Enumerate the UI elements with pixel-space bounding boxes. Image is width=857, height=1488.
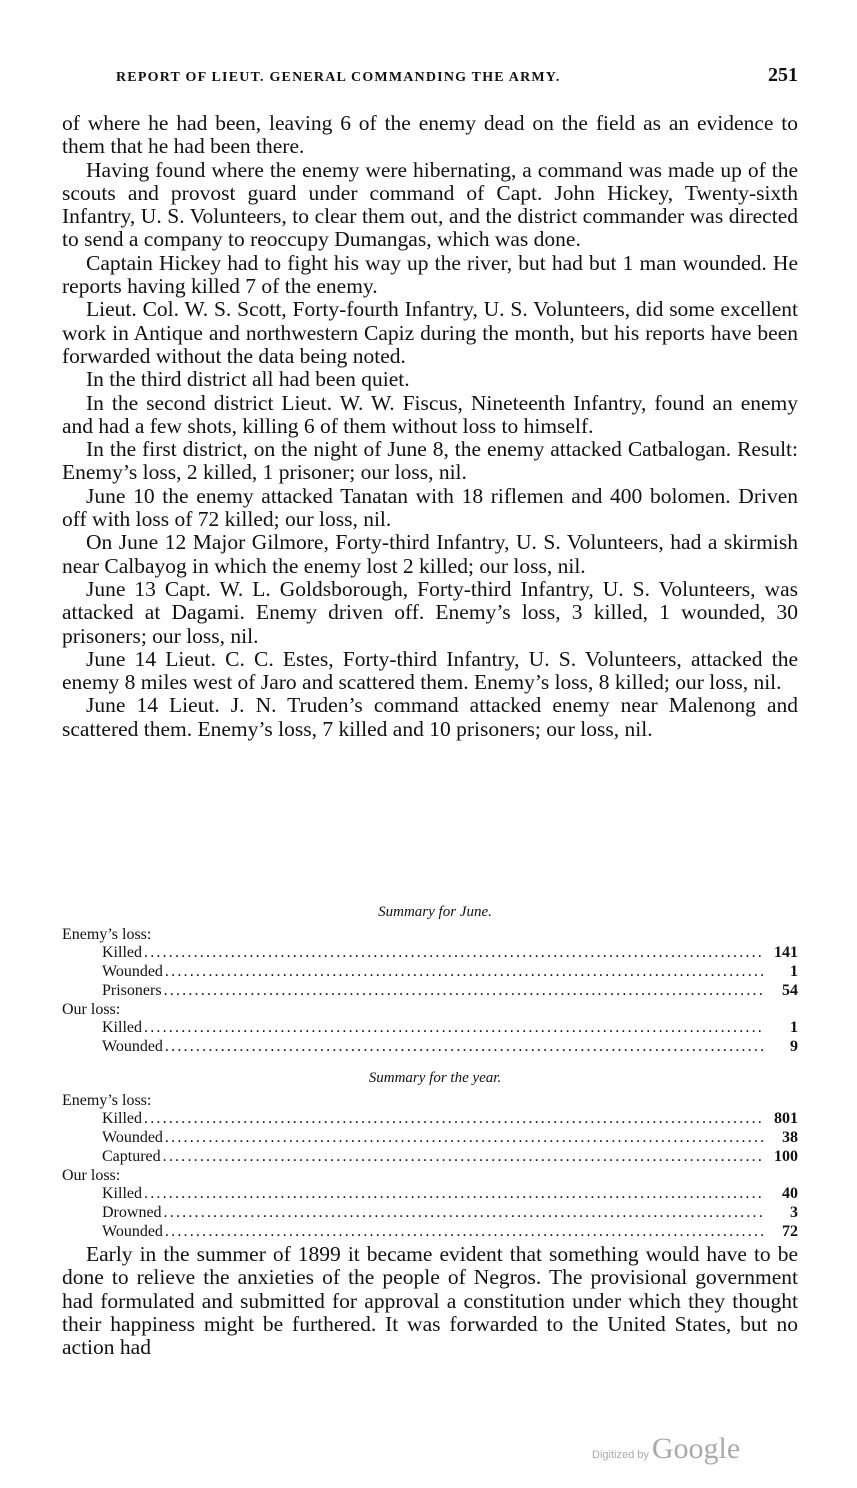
paragraph: June 14 Lieut. J. N. Truden’s command at… <box>62 694 798 741</box>
summary-june-table: Summary for June. Enemy’s loss: Killed 1… <box>62 903 798 1057</box>
paragraph: June 10 the enemy attacked Tanatan with … <box>62 485 798 532</box>
closing-text: Early in the summer of 1899 it became ev… <box>62 1243 798 1359</box>
table-row: Wounded 72 <box>62 1223 798 1242</box>
paragraph: Lieut. Col. W. S. Scott, Forty-fourth In… <box>62 298 798 368</box>
leader-dots <box>144 1019 764 1038</box>
summary-year-table: Summary for the year. Enemy’s loss: Kill… <box>62 1069 798 1241</box>
digitized-by-google-watermark: Digitized by Google <box>592 1432 740 1466</box>
row-label: Killed <box>102 1185 142 1204</box>
page-number: 251 <box>768 64 798 87</box>
summary-caption: Summary for June. <box>62 903 798 922</box>
row-value: 1 <box>770 1019 798 1038</box>
enemy-loss-label: Enemy’s loss: <box>62 926 798 945</box>
paragraph: June 13 Capt. W. L. Goldsborough, Forty-… <box>62 578 798 648</box>
body-text: of where he had been, leaving 6 of the e… <box>62 112 798 741</box>
row-value: 40 <box>770 1185 798 1204</box>
table-row: Wounded 1 <box>62 963 798 982</box>
paragraph: of where he had been, leaving 6 of the e… <box>62 112 798 159</box>
paragraph: On June 12 Major Gilmore, Forty-third In… <box>62 531 798 578</box>
leader-dots <box>164 982 764 1001</box>
paragraph: Captain Hickey had to fight his way up t… <box>62 252 798 299</box>
paragraph: In the third district all had been quiet… <box>62 368 798 391</box>
leader-dots <box>164 1204 764 1223</box>
row-value: 54 <box>770 982 798 1001</box>
google-logo-text: Google <box>652 1432 740 1466</box>
table-row: Prisoners 54 <box>62 982 798 1001</box>
leader-dots <box>165 1223 764 1242</box>
paragraph: Early in the summer of 1899 it became ev… <box>62 1243 798 1359</box>
row-label: Drowned <box>102 1204 162 1223</box>
leader-dots <box>144 1110 764 1129</box>
table-row: Killed 801 <box>62 1110 798 1129</box>
row-label: Wounded <box>102 1129 163 1148</box>
row-value: 801 <box>770 1110 798 1129</box>
paragraph: In the first district, on the night of J… <box>62 438 798 485</box>
summary-caption: Summary for the year. <box>62 1069 798 1088</box>
leader-dots <box>144 1185 764 1204</box>
paragraph: Having found where the enemy were hibern… <box>62 159 798 252</box>
row-label: Killed <box>102 944 142 963</box>
our-loss-label: Our loss: <box>62 1001 798 1020</box>
row-value: 100 <box>770 1148 798 1167</box>
row-label: Wounded <box>102 1223 163 1242</box>
enemy-loss-label: Enemy’s loss: <box>62 1092 798 1111</box>
document-page: REPORT OF LIEUT. GENERAL COMMANDING THE … <box>0 0 857 1488</box>
row-value: 1 <box>770 963 798 982</box>
watermark-prefix: Digitized by <box>592 1449 649 1461</box>
table-row: Killed 141 <box>62 944 798 963</box>
table-row: Drowned 3 <box>62 1204 798 1223</box>
table-row: Captured 100 <box>62 1148 798 1167</box>
row-label: Killed <box>102 1110 142 1129</box>
table-row: Wounded 9 <box>62 1038 798 1057</box>
row-label: Wounded <box>102 1038 163 1057</box>
row-value: 72 <box>770 1223 798 1242</box>
row-label: Wounded <box>102 963 163 982</box>
table-row: Killed 1 <box>62 1019 798 1038</box>
leader-dots <box>144 944 764 963</box>
our-loss-label: Our loss: <box>62 1167 798 1186</box>
leader-dots <box>165 1038 764 1057</box>
row-label: Prisoners <box>102 982 162 1001</box>
leader-dots <box>165 1129 764 1148</box>
row-label: Captured <box>102 1148 161 1167</box>
paragraph: In the second district Lieut. W. W. Fisc… <box>62 392 798 439</box>
row-label: Killed <box>102 1019 142 1038</box>
leader-dots <box>163 1148 764 1167</box>
leader-dots <box>165 963 764 982</box>
table-row: Wounded 38 <box>62 1129 798 1148</box>
row-value: 3 <box>770 1204 798 1223</box>
row-value: 38 <box>770 1129 798 1148</box>
running-title: REPORT OF LIEUT. GENERAL COMMANDING THE … <box>116 70 561 86</box>
row-value: 141 <box>770 944 798 963</box>
table-row: Killed 40 <box>62 1185 798 1204</box>
running-header: REPORT OF LIEUT. GENERAL COMMANDING THE … <box>116 64 798 87</box>
paragraph: June 14 Lieut. C. C. Estes, Forty-third … <box>62 648 798 695</box>
row-value: 9 <box>770 1038 798 1057</box>
